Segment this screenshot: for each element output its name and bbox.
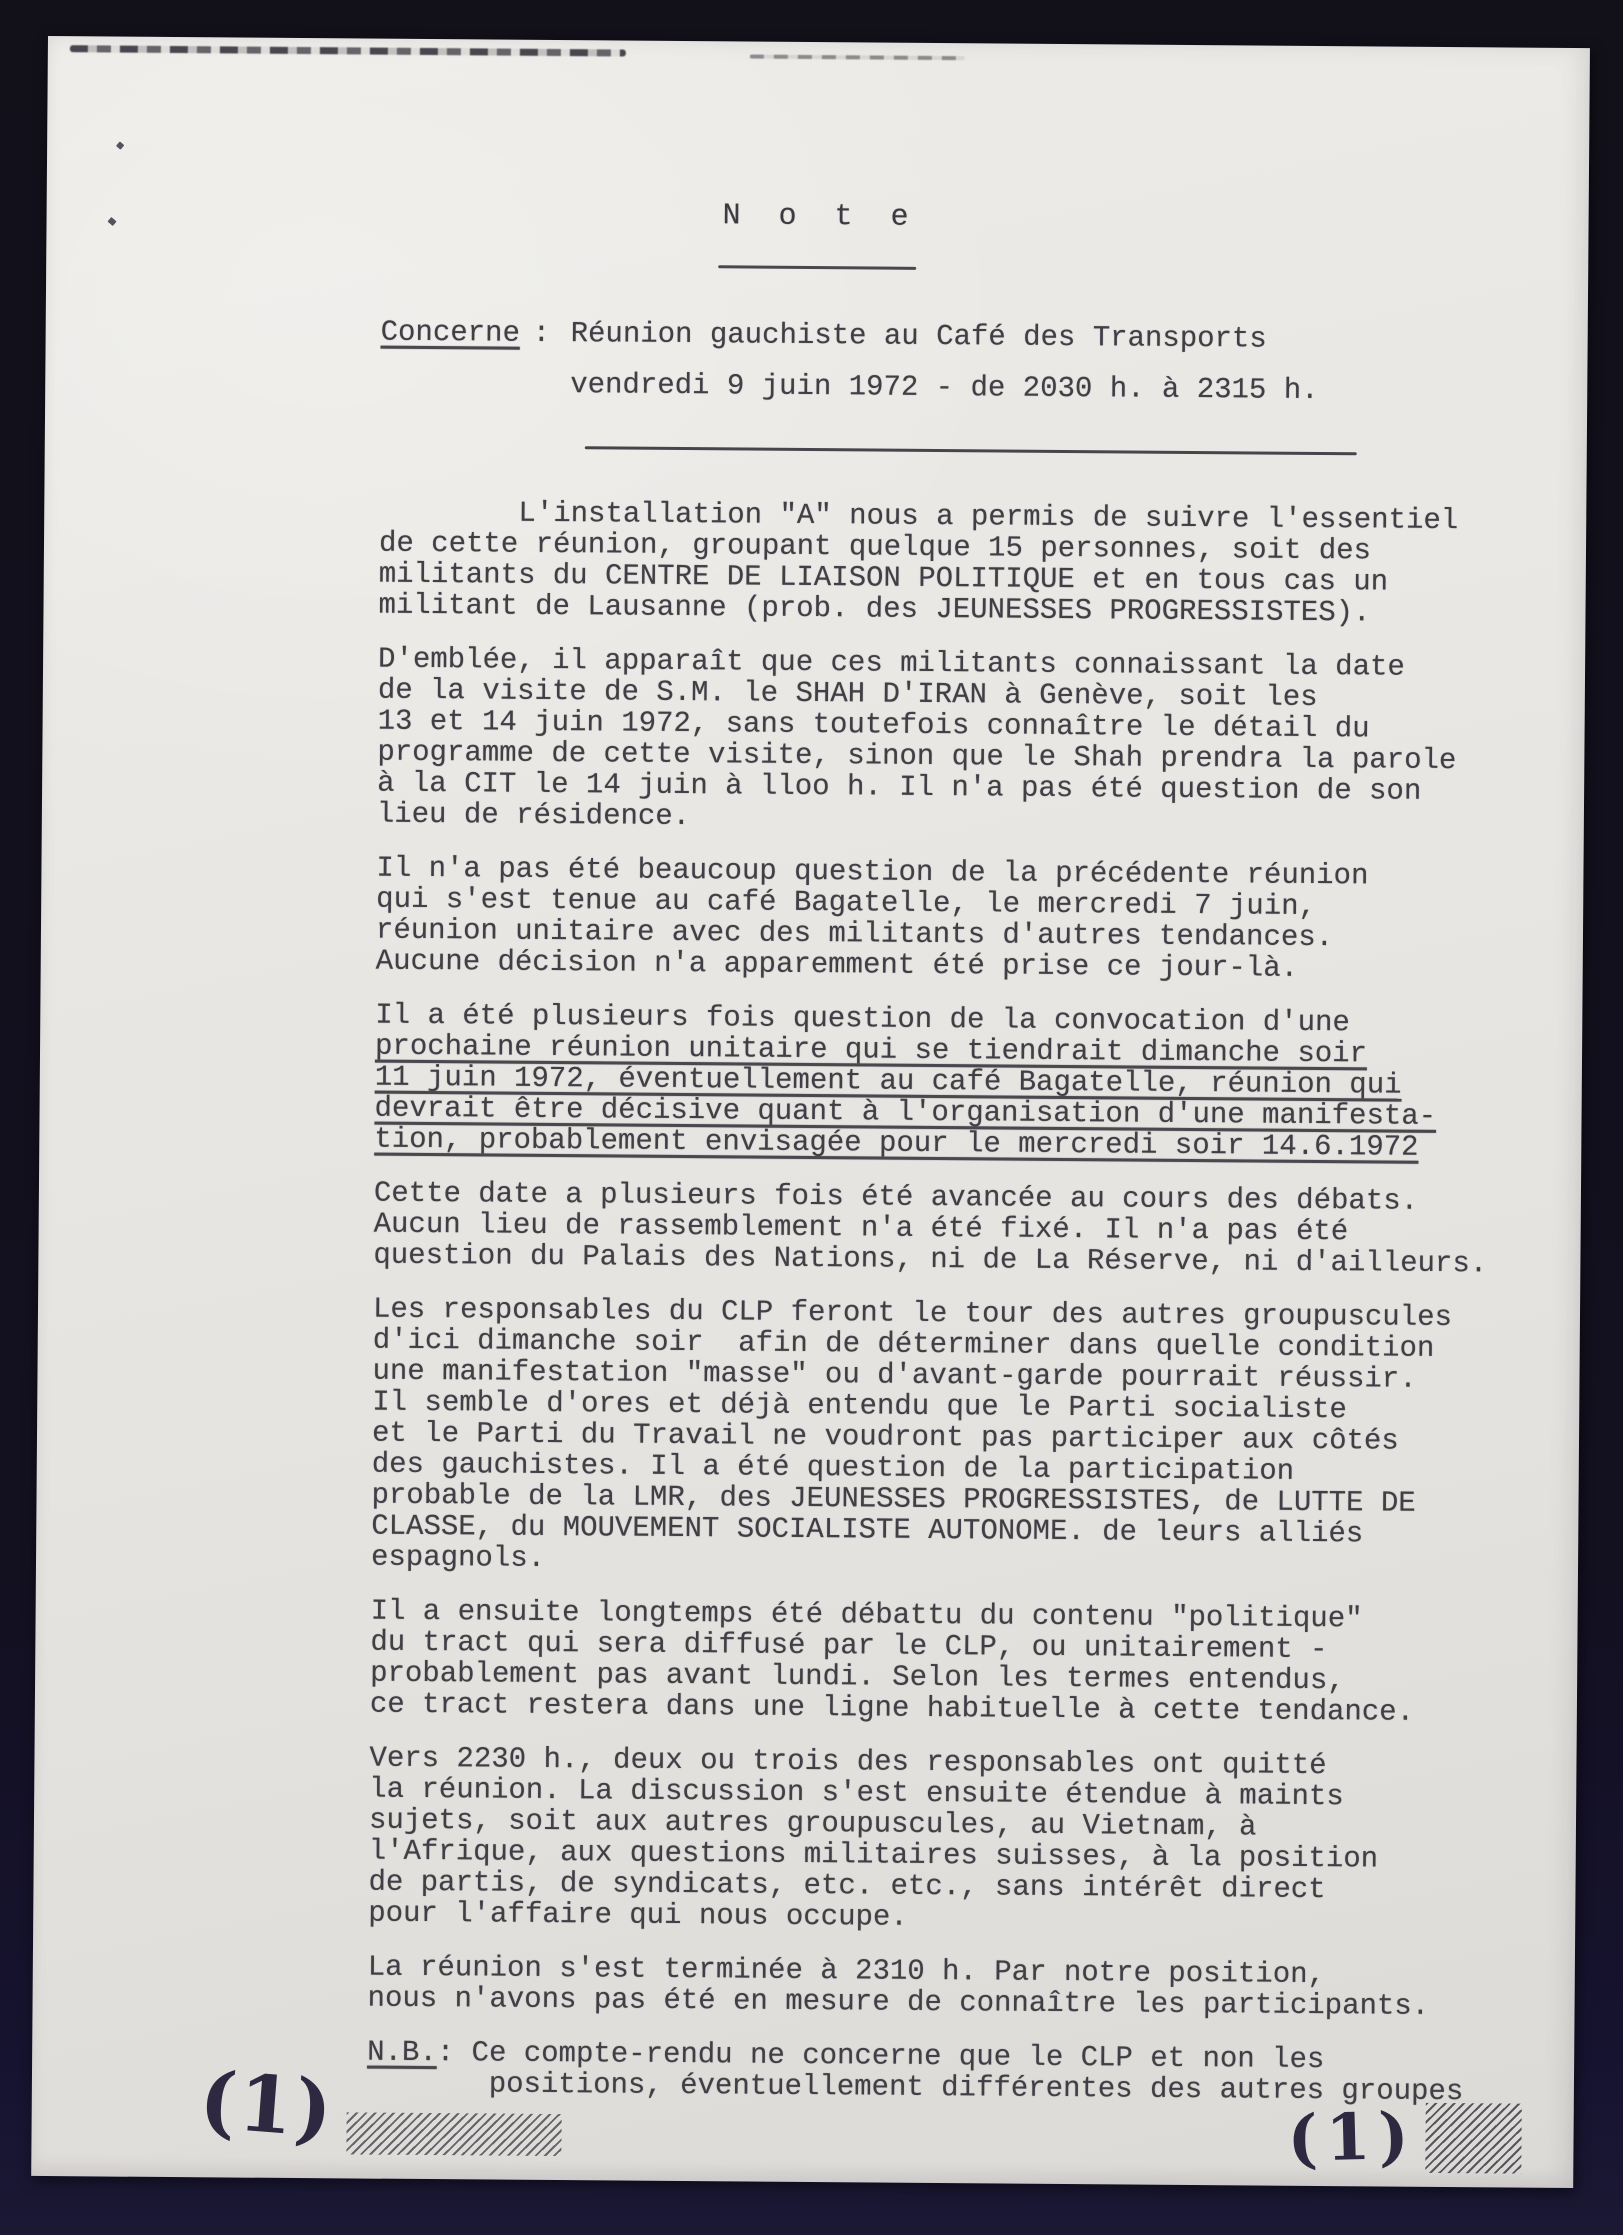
text-line: tion, probablement envisagée pour le mer… [374, 1124, 1534, 1164]
subject-underline [585, 446, 1357, 455]
ink-speck [116, 141, 124, 149]
nb-label: N.B. [367, 2036, 437, 2070]
hatch-redaction-left [346, 2112, 561, 2156]
paragraph: Cette date a plusieurs fois été avancée … [373, 1178, 1534, 1280]
document-title: N o t e [722, 199, 918, 235]
paragraph: Les responsables du CLP feront le tour d… [371, 1294, 1533, 1582]
subject-line-1: Réunion gauchiste au Café des Transports [571, 317, 1267, 355]
paragraph: L'installation "A" nous a permis de suiv… [378, 497, 1539, 630]
handwritten-page-number-right: (1) [1287, 2099, 1418, 2177]
photo-of-document: N o t e Concerne : Réunion gauchiste au … [0, 0, 1623, 2235]
paragraph-underlined-notice: Il a été plusieurs fois question de la c… [374, 1000, 1535, 1164]
ink-speck [107, 217, 116, 226]
text-line: question du Palais des Nations, ni de La… [373, 1240, 1533, 1280]
ink-smudge [70, 45, 626, 56]
ink-smudge [750, 55, 965, 61]
subject-label: Concerne [381, 316, 520, 350]
hatch-redaction-right [1425, 2103, 1522, 2174]
paragraph: D'emblée, il apparaît que ces militants … [377, 644, 1538, 839]
handwritten-page-number-left: (1) [196, 2055, 337, 2156]
text-line: nous n'avons pas été en mesure de connaî… [367, 1983, 1527, 2023]
text-line: ce tract restera dans une ligne habituel… [370, 1689, 1530, 1729]
paragraph: Il n'a pas été beaucoup question de la p… [376, 853, 1537, 986]
paragraph-nota-bene: N.B.: Ce compte-rendu ne concerne que le… [367, 2037, 1527, 2108]
subject-line-2: vendredi 9 juin 1972 - de 2030 h. à 2315… [570, 368, 1319, 407]
paragraph: La réunion s'est terminée à 2310 h. Par … [367, 1952, 1527, 2023]
document-body: L'installation "A" nous a permis de suiv… [367, 497, 1540, 2131]
paragraph: Vers 2230 h., deux ou trois des responsa… [368, 1743, 1529, 1938]
document-page: N o t e Concerne : Réunion gauchiste au … [31, 36, 1590, 2188]
paragraph: Il a ensuite longtemps été débattu du co… [370, 1596, 1531, 1729]
title-underline [718, 265, 916, 270]
text-line: militant de Lausanne (prob. des JEUNESSE… [378, 590, 1538, 630]
subject-colon: : [533, 317, 551, 350]
